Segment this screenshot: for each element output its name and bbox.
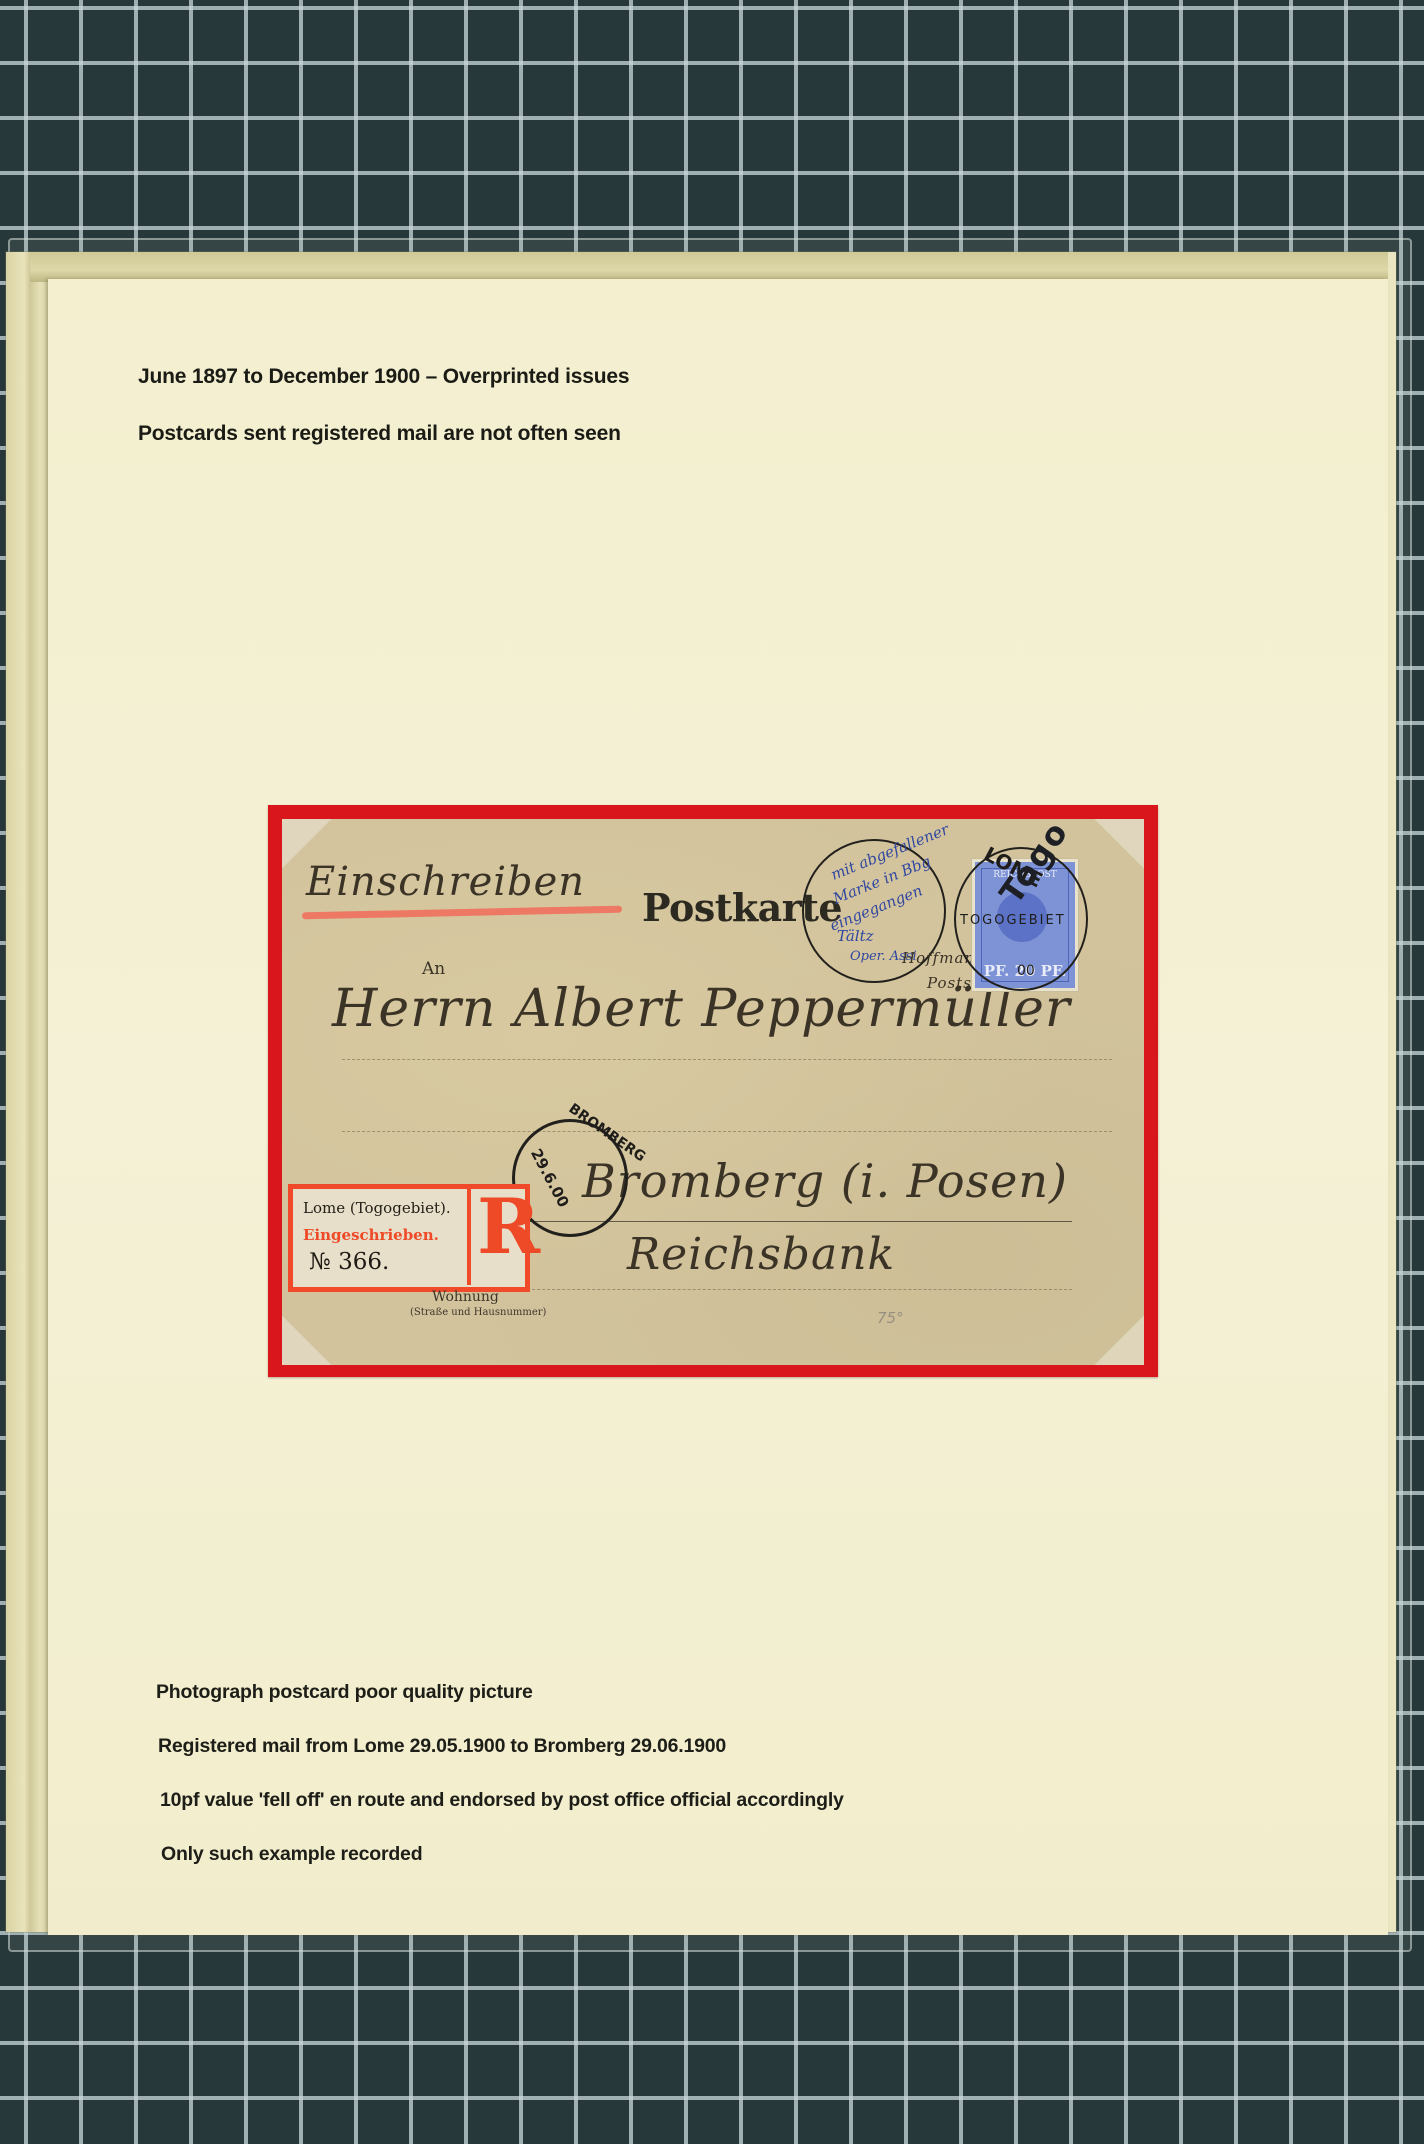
caption-2: Registered mail from Lome 29.05.1900 to …	[158, 1735, 726, 1758]
address-line	[342, 1131, 1112, 1132]
page-subheading: Postcards sent registered mail are not o…	[138, 422, 621, 446]
blue-endorsement-4: Tältz	[837, 927, 874, 945]
reg-number-value: 366.	[338, 1249, 389, 1275]
photo-corner	[1095, 819, 1144, 868]
form-label-wohnung: Wohnung	[432, 1289, 499, 1305]
postcard: Einschreiben Postkarte An Herrn Albert P…	[282, 819, 1144, 1365]
postcard-red-mount: Einschreiben Postkarte An Herrn Albert P…	[268, 805, 1158, 1377]
lome-postmark-date: 00	[1017, 963, 1035, 979]
red-crayon-underline	[302, 906, 622, 920]
caption-4: Only such example recorded	[161, 1843, 422, 1866]
reg-number: № 366.	[309, 1249, 389, 1275]
photo-corner	[1095, 1316, 1144, 1365]
form-sublabel: (Straße und Hausnummer)	[410, 1307, 546, 1318]
lome-postmark-region: TOGOGEBIET	[960, 913, 1066, 928]
photo-corner	[282, 1316, 331, 1365]
reg-r-letter: R	[477, 1189, 540, 1265]
reg-r-box: R	[467, 1187, 527, 1285]
reg-origin: Lome (Togogebiet).	[303, 1199, 451, 1217]
an-label: An	[422, 959, 445, 979]
registration-label: Lome (Togogebiet). Eingeschrieben. № 366…	[288, 1184, 530, 1292]
reg-eingeschrieben: Eingeschrieben.	[303, 1226, 439, 1244]
page-heading: June 1897 to December 1900 – Overprinted…	[138, 365, 629, 389]
handwritten-einschreiben: Einschreiben	[306, 859, 585, 905]
album-sheet-edge	[30, 252, 1388, 282]
addressee-bank: Reichsbank	[627, 1229, 895, 1280]
address-line	[512, 1289, 1072, 1290]
caption-3: 10pf value 'fell off' en route and endor…	[160, 1789, 844, 1812]
addressee-city: Bromberg (i. Posen)	[582, 1154, 1068, 1208]
address-line	[342, 1059, 1112, 1060]
pencil-price-note: 75°	[877, 1309, 904, 1327]
reg-number-prefix: №	[309, 1249, 331, 1275]
caption-1: Photograph postcard poor quality picture	[156, 1681, 533, 1704]
